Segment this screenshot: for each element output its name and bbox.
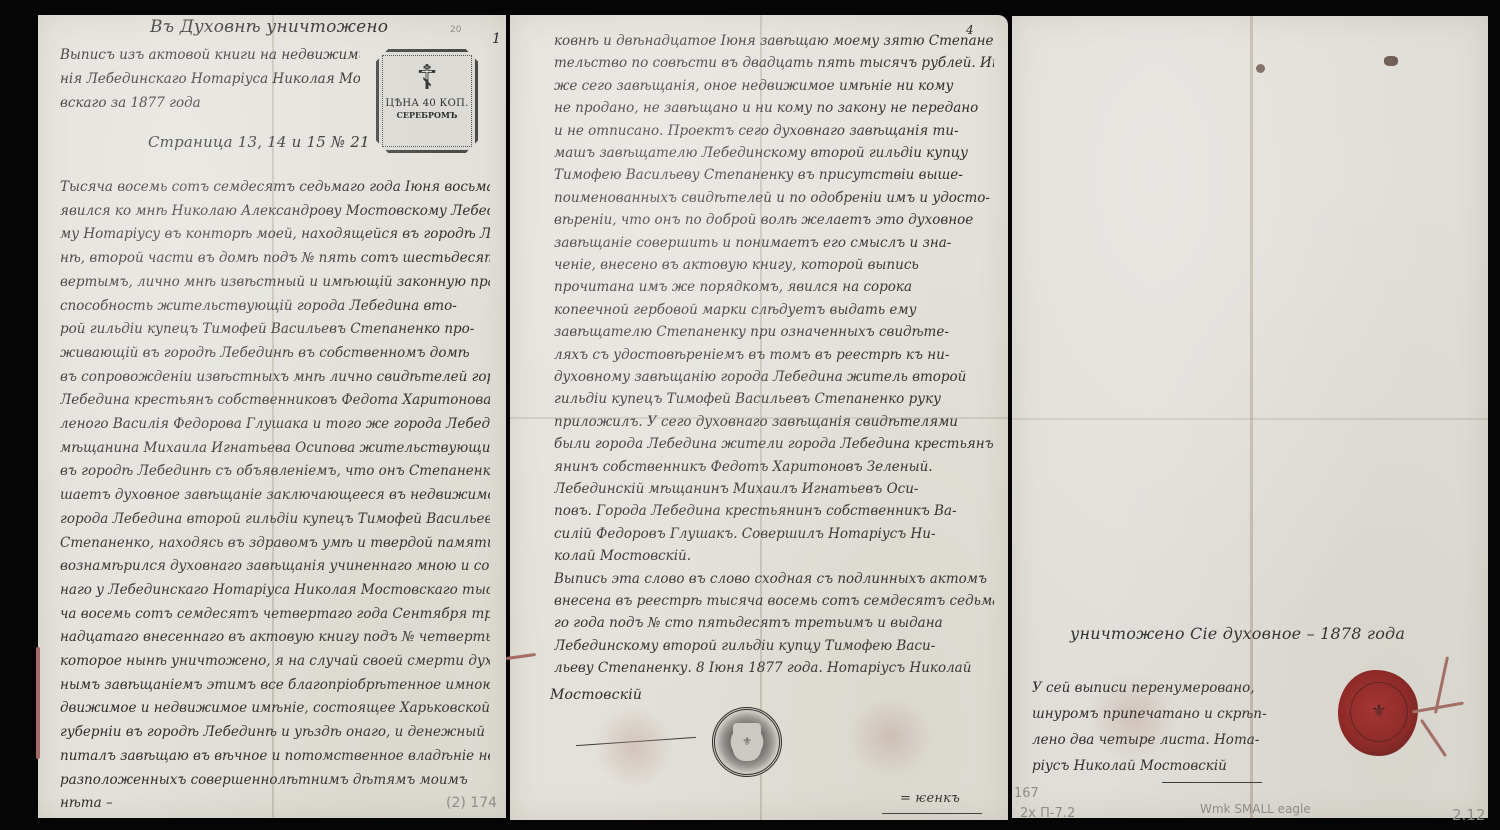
- handwritten-line: Степаненко, находясь въ здравомъ умѣ и т…: [60, 535, 490, 551]
- page-mark: 1: [492, 31, 501, 47]
- handwritten-line: нѣта –: [60, 795, 490, 811]
- handwritten-line: въ сопровожденіи извѣстныхъ мнѣ лично св…: [60, 369, 490, 385]
- handwritten-line: и не отписано. Проектъ сего духовнаго за…: [554, 123, 994, 139]
- binding-thread: [506, 653, 536, 660]
- red-wax-seal: ⚜: [1338, 670, 1418, 756]
- handwritten-line: поименованныхъ свидѣтелей и по одобреніи…: [554, 190, 994, 206]
- coat-of-arms-icon: ⚜: [733, 723, 761, 761]
- handwritten-line: приложилъ. У сего духовнаго завѣщанія св…: [554, 414, 994, 430]
- handwritten-line: Тимофею Васильеву Степаненку въ присутст…: [554, 167, 994, 183]
- paper-fold: [1250, 16, 1253, 818]
- stamp-denomination: СЕРЕБРОМЪ: [379, 110, 475, 120]
- handwritten-line: Выпись эта слово въ слово сходная съ под…: [554, 571, 994, 587]
- paper-blemish: [1256, 64, 1265, 73]
- handwritten-line: мѣщанина Михаила Игнатьева Осипова жител…: [60, 440, 490, 456]
- binding-thread: [36, 647, 40, 759]
- handwritten-line: янинъ собственникъ Федотъ Харитоновъ Зел…: [554, 459, 994, 475]
- handwritten-line: шаетъ духовное завѣщаніе заключающееся в…: [60, 487, 490, 503]
- handwritten-line: которое нынѣ уничтожено, я на случай сво…: [60, 653, 490, 669]
- handwritten-line: рой гильдіи купецъ Тимофей Васильевъ Сте…: [60, 321, 490, 337]
- seal-emblem-icon: ⚜: [1350, 682, 1408, 742]
- handwritten-line: копеечной гербовой марки слѣдуетъ выдать…: [554, 302, 994, 318]
- paper-fold: [1012, 418, 1488, 420]
- certification-line: ріусъ Николай Мостовскій: [1032, 758, 1282, 774]
- handwritten-line: нымъ завѣщаніемъ этимъ все благопріобрѣт…: [60, 677, 490, 693]
- handwritten-line: льеву Степаненку. 8 Іюня 1877 года. Нота…: [554, 660, 994, 676]
- handwritten-line: способность жительствующій города Лебеди…: [60, 298, 490, 314]
- intro-line: нія Лебединскаго Нотаріуса Николая Мосто…: [60, 71, 360, 87]
- handwritten-line: Лебединскій мѣщанинъ Михаилъ Игнатьевъ О…: [554, 481, 994, 497]
- handwritten-line: разположенныхъ совершеннолѣтнимъ дѣтямъ …: [60, 772, 490, 788]
- wax-stain: [594, 705, 674, 789]
- handwritten-line: ляхъ съ удостовѣреніемъ въ томъ въ реест…: [554, 347, 994, 363]
- paper-blemish: [1384, 56, 1398, 66]
- handwritten-line: вертымъ, лично мнѣ извѣстный и имѣющій з…: [60, 274, 490, 290]
- handwritten-line: му Нотаріусу въ конторѣ моей, находящейс…: [60, 226, 490, 242]
- handwritten-line: машъ завѣщателю Лебединскому второй гиль…: [554, 145, 994, 161]
- handwritten-line: же сего завѣщанія, оное недвижимое имѣні…: [554, 78, 994, 94]
- header-note: Въ Духовнѣ уничтожено: [150, 17, 388, 37]
- certification-line: У сей выписи перенумеровано,: [1032, 680, 1282, 696]
- handwritten-line: надцатаго внесеннаго въ актовую книгу по…: [60, 629, 490, 645]
- certification-line: лено два четыре листа. Нота-: [1032, 732, 1282, 748]
- seal-thread: [1420, 719, 1447, 757]
- handwritten-line: живающій въ городѣ Лебединѣ въ собственн…: [60, 345, 490, 361]
- double-headed-eagle-icon: ☦: [379, 58, 475, 98]
- handwritten-line: внесена въ реестрѣ тысяча восемь сотъ се…: [554, 593, 994, 609]
- handwritten-line: вознамѣрился духовнаго завѣщанія учиненн…: [60, 558, 490, 574]
- document-page-1: Въ Духовнѣ уничтожено 20 1 Выписъ изъ ак…: [38, 15, 506, 818]
- handwritten-line: не продано, не завѣщано и ни кому по зак…: [554, 100, 994, 116]
- handwritten-line: завѣщаніе совершить и понимаетъ его смыс…: [554, 235, 994, 251]
- notary-signature: Мостовскій: [550, 687, 642, 703]
- handwritten-line: гильдіи купецъ Тимофей Васильевъ Степане…: [554, 391, 994, 407]
- handwritten-line: повъ. Города Лебедина крестьянинъ собств…: [554, 503, 994, 519]
- handwritten-line: ча восемь сотъ семдесятъ четвертаго года…: [60, 606, 490, 622]
- annulment-note: уничтожено Сіе духовное – 1878 года: [1070, 624, 1405, 643]
- document-page-3: уничтожено Сіе духовное – 1878 года У се…: [1012, 16, 1488, 818]
- handwritten-line: Лебединскому второй гильдіи купцу Тимофе…: [554, 638, 994, 654]
- handwritten-line: были города Лебедина жители города Лебед…: [554, 436, 994, 452]
- pencil-note: 2.12: [1452, 806, 1485, 824]
- notary-ink-seal: ⚜: [712, 707, 782, 777]
- pencil-note: Wmk SMALL eagle: [1200, 802, 1311, 816]
- handwritten-line: нѣ, второй части въ домѣ подъ № пять сот…: [60, 250, 490, 266]
- signature-flourish: [882, 813, 982, 814]
- pencil-note: 167: [1014, 786, 1039, 801]
- handwritten-line: завѣщателю Степаненку при означенныхъ св…: [554, 324, 994, 340]
- document-page-2: 4 ковнѣ и двѣнадцатое Іюня завѣщаю моему…: [510, 15, 1008, 820]
- signature-flourish: [1162, 782, 1262, 783]
- handwritten-line: явился ко мнѣ Николаю Александрову Мосто…: [60, 203, 490, 219]
- pencil-note: 2x П-7.2: [1020, 806, 1075, 821]
- handwritten-line: прочитана имъ же порядкомъ, явился на со…: [554, 279, 994, 295]
- handwritten-line: го года подъ № сто пятьдесятъ третьимъ и…: [554, 615, 994, 631]
- handwritten-line: духовному завѣщанію города Лебедина жите…: [554, 369, 994, 385]
- pencil-note: (2) 174: [446, 795, 497, 811]
- handwritten-line: губерніи въ городѣ Лебединѣ и уѣздѣ онаг…: [60, 724, 490, 740]
- handwritten-line: вѣреніи, что онъ по доброй волѣ желаетъ …: [554, 212, 994, 228]
- handwritten-line: въ городѣ Лебединѣ съ объявленіемъ, что …: [60, 463, 490, 479]
- handwritten-line: ченіе, внесено въ актовую книгу, которой…: [554, 257, 994, 273]
- certification-line: шнуромъ припечатано и скрѣп-: [1032, 706, 1282, 722]
- intro-line: вскаго за 1877 года: [60, 95, 240, 111]
- handwritten-line: Лебедина крестьянъ собственниковъ Федота…: [60, 392, 490, 408]
- handwritten-line: питалъ завѣщаю въ вѣчное и потомственное…: [60, 748, 490, 764]
- handwritten-line: Тысяча восемь сотъ семдесятъ седьмаго го…: [60, 179, 490, 195]
- handwritten-line: ковнѣ и двѣнадцатое Іюня завѣщаю моему з…: [554, 33, 994, 49]
- page-mark: 20: [450, 25, 461, 35]
- intro-line: Выписъ изъ актовой книги на недвижимыя и…: [60, 47, 360, 63]
- handwritten-line: тельство по совѣсти въ двадцать пять тыс…: [554, 55, 994, 71]
- revenue-stamp: ☦ ЦѢНА 40 КОП. СЕРЕБРОМЪ: [376, 49, 478, 153]
- stamp-price: ЦѢНА 40 КОП.: [379, 98, 475, 110]
- page-reference: Страница 13, 14 и 15 № 21: [148, 133, 370, 151]
- handwritten-line: силій Федоровъ Глушакъ. Совершилъ Нотарі…: [554, 526, 994, 542]
- handwritten-line: колай Мостовскій.: [554, 548, 994, 564]
- handwritten-line: движимое и недвижимое имѣніе, состоящее …: [60, 700, 490, 716]
- handwritten-line: города Лебедина второй гильдіи купецъ Ти…: [60, 511, 490, 527]
- wax-stain: [848, 697, 932, 777]
- bottom-signature: = ѥенкъ: [900, 791, 960, 806]
- handwritten-line: наго у Лебединскаго Нотаріуса Николая Мо…: [60, 582, 490, 598]
- handwritten-line: леного Василія Федорова Глушака и того ж…: [60, 416, 490, 432]
